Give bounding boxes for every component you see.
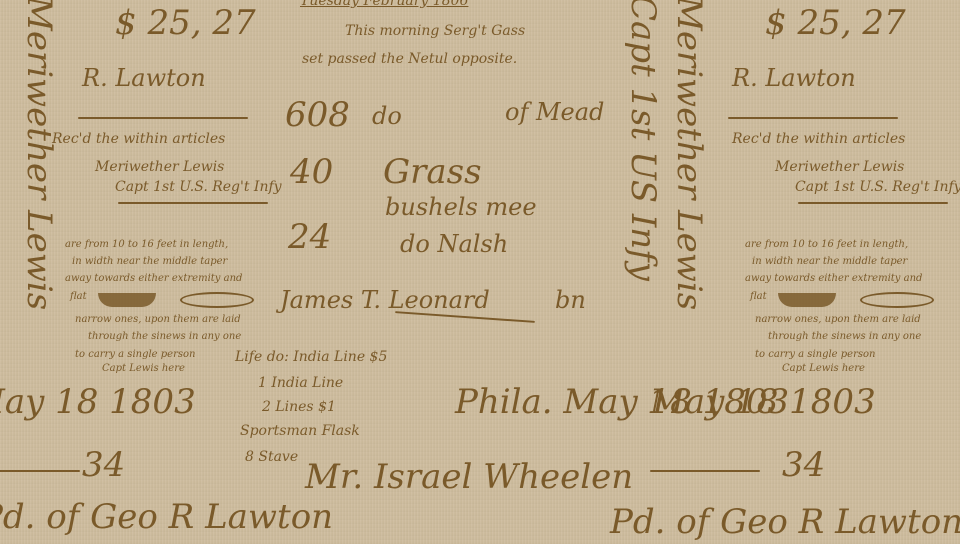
canoe-note-line: through the sinews in any one (88, 332, 241, 342)
number-text: 34 (782, 448, 825, 482)
canoe-note-line: narrow ones, upon them are laid (755, 315, 921, 325)
canoe-sketch-outline (860, 292, 934, 308)
vertical-signature: Meriwether Lewis (22, 0, 56, 310)
canoe-note-line: to carry a single person (75, 350, 195, 360)
amount-text: $ 25, 27 (115, 6, 256, 40)
ledger-item: do Nalsh (400, 232, 508, 256)
purchase-line: Sportsman Flask (240, 424, 360, 438)
date-text: May 18 1803 (0, 385, 196, 419)
manuscript-tile-repeat: Meriwether Lewis $ 25, 27 R. Lawton Rec'… (610, 0, 960, 544)
bottom-signature: Pd. of Geo R Lawton (0, 500, 333, 534)
number-text: 34 (82, 448, 125, 482)
canoe-note-line: in width near the middle taper (752, 257, 907, 267)
bottom-signature: Pd. of Geo R Lawton (610, 505, 960, 539)
dash-rule (650, 470, 760, 472)
underline-flourish (728, 117, 898, 119)
purchase-line: 2 Lines $1 (262, 400, 336, 414)
date-text: May 18 1803 (650, 385, 876, 419)
signature-leonard: James T. Leonard (280, 288, 490, 312)
ledger-number: 40 (290, 155, 333, 189)
purchase-line: 1 India Line (258, 376, 343, 390)
canoe-sketch (778, 293, 836, 307)
canoe-sketch (98, 293, 156, 307)
name-lawton: R. Lawton (82, 66, 206, 90)
canoe-note-line: are from 10 to 16 feet in length, (745, 240, 908, 250)
name-lawton: R. Lawton (732, 66, 856, 90)
dash-rule (0, 470, 80, 472)
ledger-number: 608 (285, 98, 350, 132)
ledger-number: 24 (288, 220, 331, 254)
canoe-sketch-outline (180, 292, 254, 308)
purchase-line: Life do: India Line $5 (235, 350, 387, 364)
amount-text: $ 25, 27 (765, 6, 906, 40)
signer-title: Capt 1st U.S. Reg't Infy (115, 180, 282, 194)
signature-underline (798, 202, 948, 204)
journal-line: set passed the Netul opposite. (302, 52, 517, 66)
receipt-line: Rec'd the within articles (52, 132, 225, 146)
signature-suffix: bn (555, 288, 586, 312)
signature-underline (118, 202, 268, 204)
canoe-note-line: are from 10 to 16 feet in length, (65, 240, 228, 250)
journal-line: This morning Serg't Gass (345, 24, 525, 38)
ledger-item: do (372, 104, 402, 128)
vertical-signature: Meriwether Lewis (672, 0, 706, 310)
ledger-item: Grass (383, 155, 482, 189)
underline-flourish (78, 117, 248, 119)
canoe-note-line: away towards either extremity and (65, 274, 242, 284)
journal-date: Tuesday February 1806 (300, 0, 468, 8)
signer-name: Meriwether Lewis (775, 160, 904, 174)
ledger-item: of Mead (505, 100, 604, 124)
signer-name: Meriwether Lewis (95, 160, 224, 174)
canoe-note-line: Capt Lewis here (102, 364, 185, 374)
canoe-note-line: flat (750, 292, 767, 302)
canoe-note-line: to carry a single person (755, 350, 875, 360)
canoe-note-line: in width near the middle taper (72, 257, 227, 267)
signer-title: Capt 1st U.S. Reg't Infy (795, 180, 960, 194)
ledger-item: bushels mee (385, 195, 537, 219)
canoe-note-line: away towards either extremity and (745, 274, 922, 284)
canoe-note-line: Capt Lewis here (782, 364, 865, 374)
name-israel-wheelen: Mr. Israel Wheelen (305, 460, 633, 494)
canoe-note-line: narrow ones, upon them are laid (75, 315, 241, 325)
canoe-note-line: through the sinews in any one (768, 332, 921, 342)
purchase-line: 8 Stave (245, 450, 298, 464)
canoe-note-line: flat (70, 292, 87, 302)
handwritten-manuscript-wallpaper: Meriwether Lewis $ 25, 27 R. Lawton Rec'… (0, 0, 960, 544)
receipt-line: Rec'd the within articles (732, 132, 905, 146)
